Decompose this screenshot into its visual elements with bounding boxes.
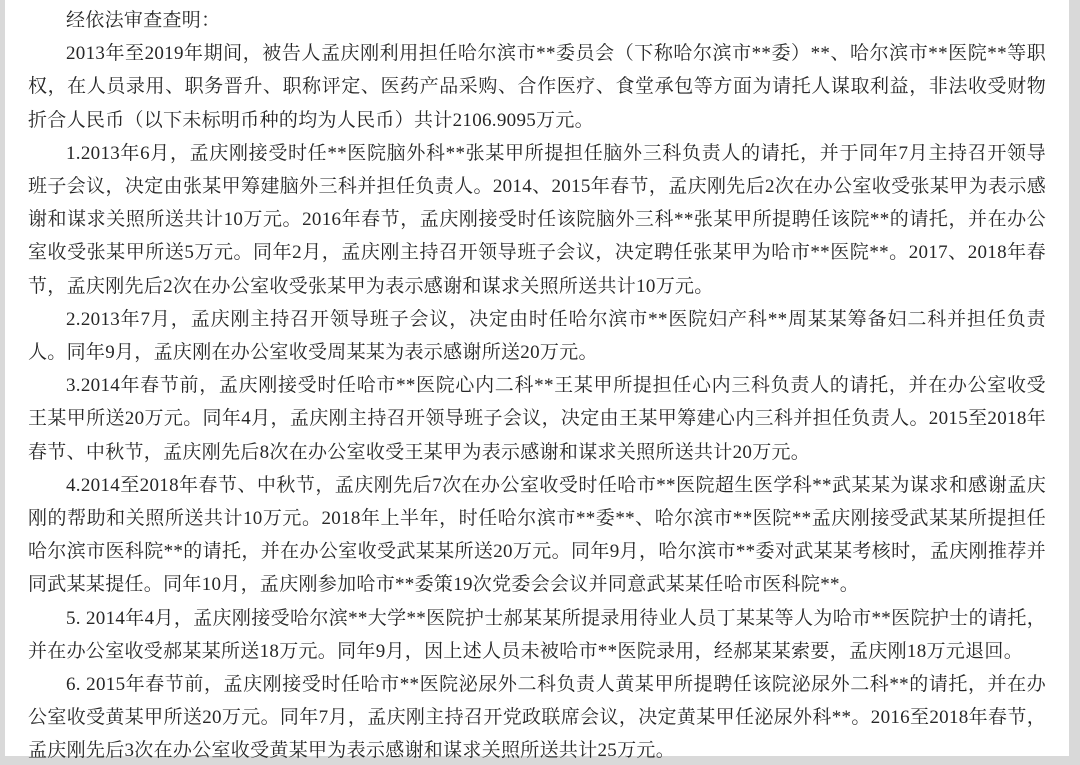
findings-item-6-paragraph: 6. 2015年春节前，孟庆刚接受时任哈市**医院泌尿外二科负责人黄某甲所提聘任…	[28, 668, 1046, 765]
findings-item-2-paragraph: 2.2013年7月，孟庆刚主持召开领导班子会议，决定由时任哈尔滨市**医院妇产科…	[28, 303, 1046, 369]
findings-summary-paragraph: 2013年至2019年期间，被告人孟庆刚利用担任哈尔滨市**委员会（下称哈尔滨市…	[28, 37, 1046, 137]
verdict-findings-section: 经依法审查查明： 2013年至2019年期间，被告人孟庆刚利用担任哈尔滨市**委…	[28, 4, 1046, 765]
findings-item-5-paragraph: 5. 2014年4月，孟庆刚接受哈尔滨**大学**医院护士郝某某所提录用待业人员…	[28, 602, 1046, 668]
document-page: 经依法审查查明： 2013年至2019年期间，被告人孟庆刚利用担任哈尔滨市**委…	[5, 0, 1069, 756]
findings-item-1-paragraph: 1.2013年6月，孟庆刚接受时任**医院脑外科**张某甲所提担任脑外三科负责人…	[28, 137, 1046, 303]
findings-item-3-paragraph: 3.2014年春节前，孟庆刚接受时任哈市**医院心内二科**王某甲所提担任心内三…	[28, 369, 1046, 469]
findings-heading: 经依法审查查明：	[28, 4, 1046, 37]
findings-item-4-paragraph: 4.2014至2018年春节、中秋节，孟庆刚先后7次在办公室收受时任哈市**医院…	[28, 469, 1046, 602]
